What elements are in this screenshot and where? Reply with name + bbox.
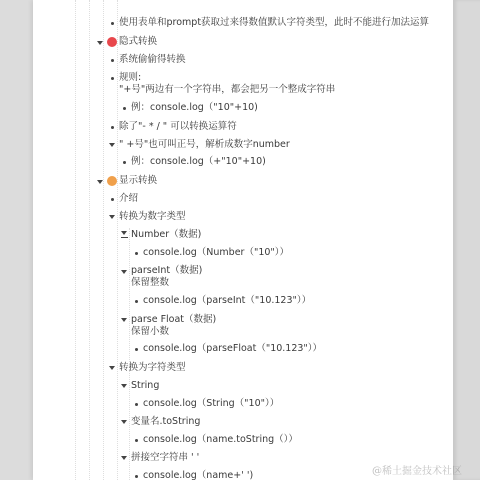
list-item[interactable]: Number（数据) <box>131 229 201 241</box>
bullet-icon[interactable] <box>135 475 138 478</box>
list-item[interactable]: 除了"- * / " 可以转换运算符 <box>119 121 237 133</box>
list-item[interactable]: console.log（String（"10"）） <box>143 398 279 410</box>
list-item-note: "+号"两边有一个字符串，都会把另一个整成字符串 <box>119 84 335 96</box>
bullet-icon[interactable] <box>135 348 138 351</box>
bullet-icon[interactable] <box>135 300 138 303</box>
list-item[interactable]: 例：console.log（+"10"+10) <box>131 156 266 168</box>
section-heading-explicit[interactable]: 显示转换 <box>119 175 157 187</box>
mindmap-outline-page: 使用表单和prompt获取过来得数值默认字符类型，此时不能进行加法运算 隐式转换… <box>33 0 453 480</box>
bullet-icon[interactable] <box>123 107 126 110</box>
collapse-toggle-icon[interactable] <box>121 231 128 238</box>
collapse-caret-icon[interactable] <box>121 270 127 274</box>
list-item[interactable]: 系统偷偷得转换 <box>119 54 186 66</box>
indent-guide <box>129 228 130 480</box>
indent-guide <box>89 0 90 480</box>
list-item[interactable]: 变量名.toString <box>131 416 200 428</box>
list-item[interactable]: 规则: <box>119 72 141 84</box>
list-item[interactable]: console.log（Number（"10"）） <box>143 247 289 259</box>
right-margin <box>453 0 480 480</box>
list-item[interactable]: parse Float（数据) <box>131 314 216 326</box>
list-item[interactable]: 转换为数字类型 <box>119 211 186 223</box>
red-circle-marker-icon <box>107 37 117 47</box>
bullet-icon[interactable] <box>123 161 126 164</box>
list-item[interactable]: 介绍 <box>119 193 138 205</box>
bullet-icon[interactable] <box>111 198 114 201</box>
bullet-icon[interactable] <box>111 59 114 62</box>
list-item[interactable]: 转换为字符类型 <box>119 362 186 374</box>
bullet-icon[interactable] <box>135 403 138 406</box>
bullet-icon[interactable] <box>135 252 138 255</box>
list-item[interactable]: console.log（name.toString（）） <box>143 434 298 446</box>
list-item[interactable]: String <box>131 380 159 392</box>
list-item[interactable]: 使用表单和prompt获取过来得数值默认字符类型，此时不能进行加法运算 <box>119 17 429 29</box>
list-item[interactable]: parseInt（数据) <box>131 265 202 277</box>
collapse-caret-icon[interactable] <box>97 41 103 45</box>
bullet-icon[interactable] <box>111 77 114 80</box>
collapse-caret-icon[interactable] <box>109 366 115 370</box>
collapse-caret-icon[interactable] <box>121 420 127 424</box>
indent-guide <box>75 0 76 480</box>
collapse-caret-icon[interactable] <box>121 456 127 460</box>
indent-guide <box>117 0 118 480</box>
collapse-caret-icon[interactable] <box>121 318 127 322</box>
bullet-icon[interactable] <box>135 439 138 442</box>
list-item[interactable]: console.log（name+' ') <box>143 470 253 480</box>
list-item[interactable]: 例：console.log（"10"+10) <box>131 102 258 114</box>
collapse-caret-icon[interactable] <box>109 143 115 147</box>
list-item[interactable]: 拼接空字符串 ' ' <box>131 452 199 464</box>
watermark: @稀土掘金技术社区 <box>372 462 462 477</box>
list-item[interactable]: console.log（parseInt（"10.123"）） <box>143 295 311 307</box>
list-item[interactable]: " +号"也可叫正号，解析成数字number <box>119 139 290 151</box>
left-margin <box>0 0 33 480</box>
indent-guide <box>103 0 104 480</box>
section-heading-implicit[interactable]: 隐式转换 <box>119 36 157 48</box>
list-item-note: 保留小数 <box>131 326 169 338</box>
bullet-icon[interactable] <box>111 126 114 129</box>
list-item-note: 保留整数 <box>131 277 169 289</box>
collapse-caret-icon[interactable] <box>109 215 115 219</box>
list-item[interactable]: console.log（parseFloat（"10.123"）） <box>143 343 322 355</box>
bullet-icon[interactable] <box>111 22 114 25</box>
collapse-caret-icon[interactable] <box>121 384 127 388</box>
collapse-caret-icon[interactable] <box>97 180 103 184</box>
orange-circle-marker-icon <box>107 176 117 186</box>
